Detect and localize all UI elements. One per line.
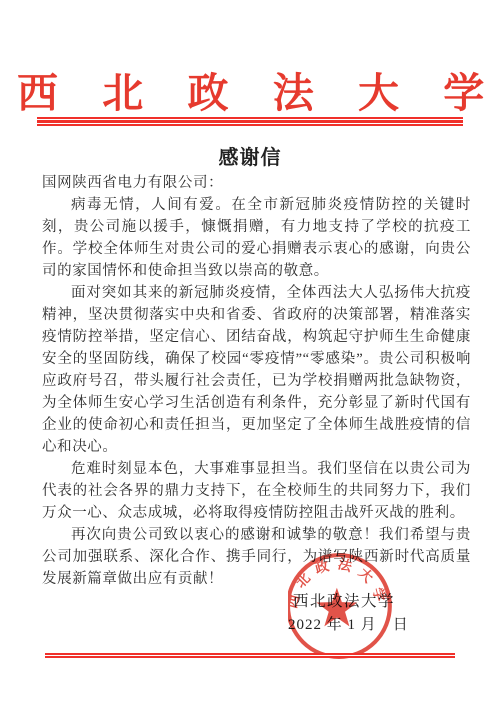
paragraph-4: 再次向贵公司致以衷心的感谢和诚挚的敬意！我们希望与贵公司加强联系、深化合作、携手…	[42, 524, 471, 590]
recipient-line: 国网陕西省电力有限公司：	[42, 172, 471, 194]
star-icon	[317, 588, 358, 627]
paragraph-3: 危难时刻显本色，大事难事显担当。我们坚信在以贵公司为代表的社会各界的鼎力支持下，…	[42, 458, 471, 524]
letter-page: 西 北 政 法 大 学 感谢信 国网陕西省电力有限公司： 病毒无情，人间有爱。在…	[0, 0, 500, 709]
paragraph-1: 病毒无情，人间有爱。在全市新冠肺炎疫情防控的关键时刻，贵公司施以援手，慷慨捐赠，…	[42, 194, 471, 282]
masthead-rule	[37, 117, 463, 126]
official-seal: 西北政法大学	[288, 549, 400, 661]
letter-body: 国网陕西省电力有限公司： 病毒无情，人间有爱。在全市新冠肺炎疫情防控的关键时刻，…	[42, 172, 471, 590]
paragraph-2: 面对突如其来的新冠肺炎疫情，全体西法大人弘扬伟大抗疫精神，坚决贯彻落实中央和省委…	[42, 282, 471, 458]
letter-title: 感谢信	[0, 141, 500, 170]
footer-rule	[45, 653, 455, 658]
university-masthead: 西 北 政 法 大 学	[0, 60, 500, 119]
